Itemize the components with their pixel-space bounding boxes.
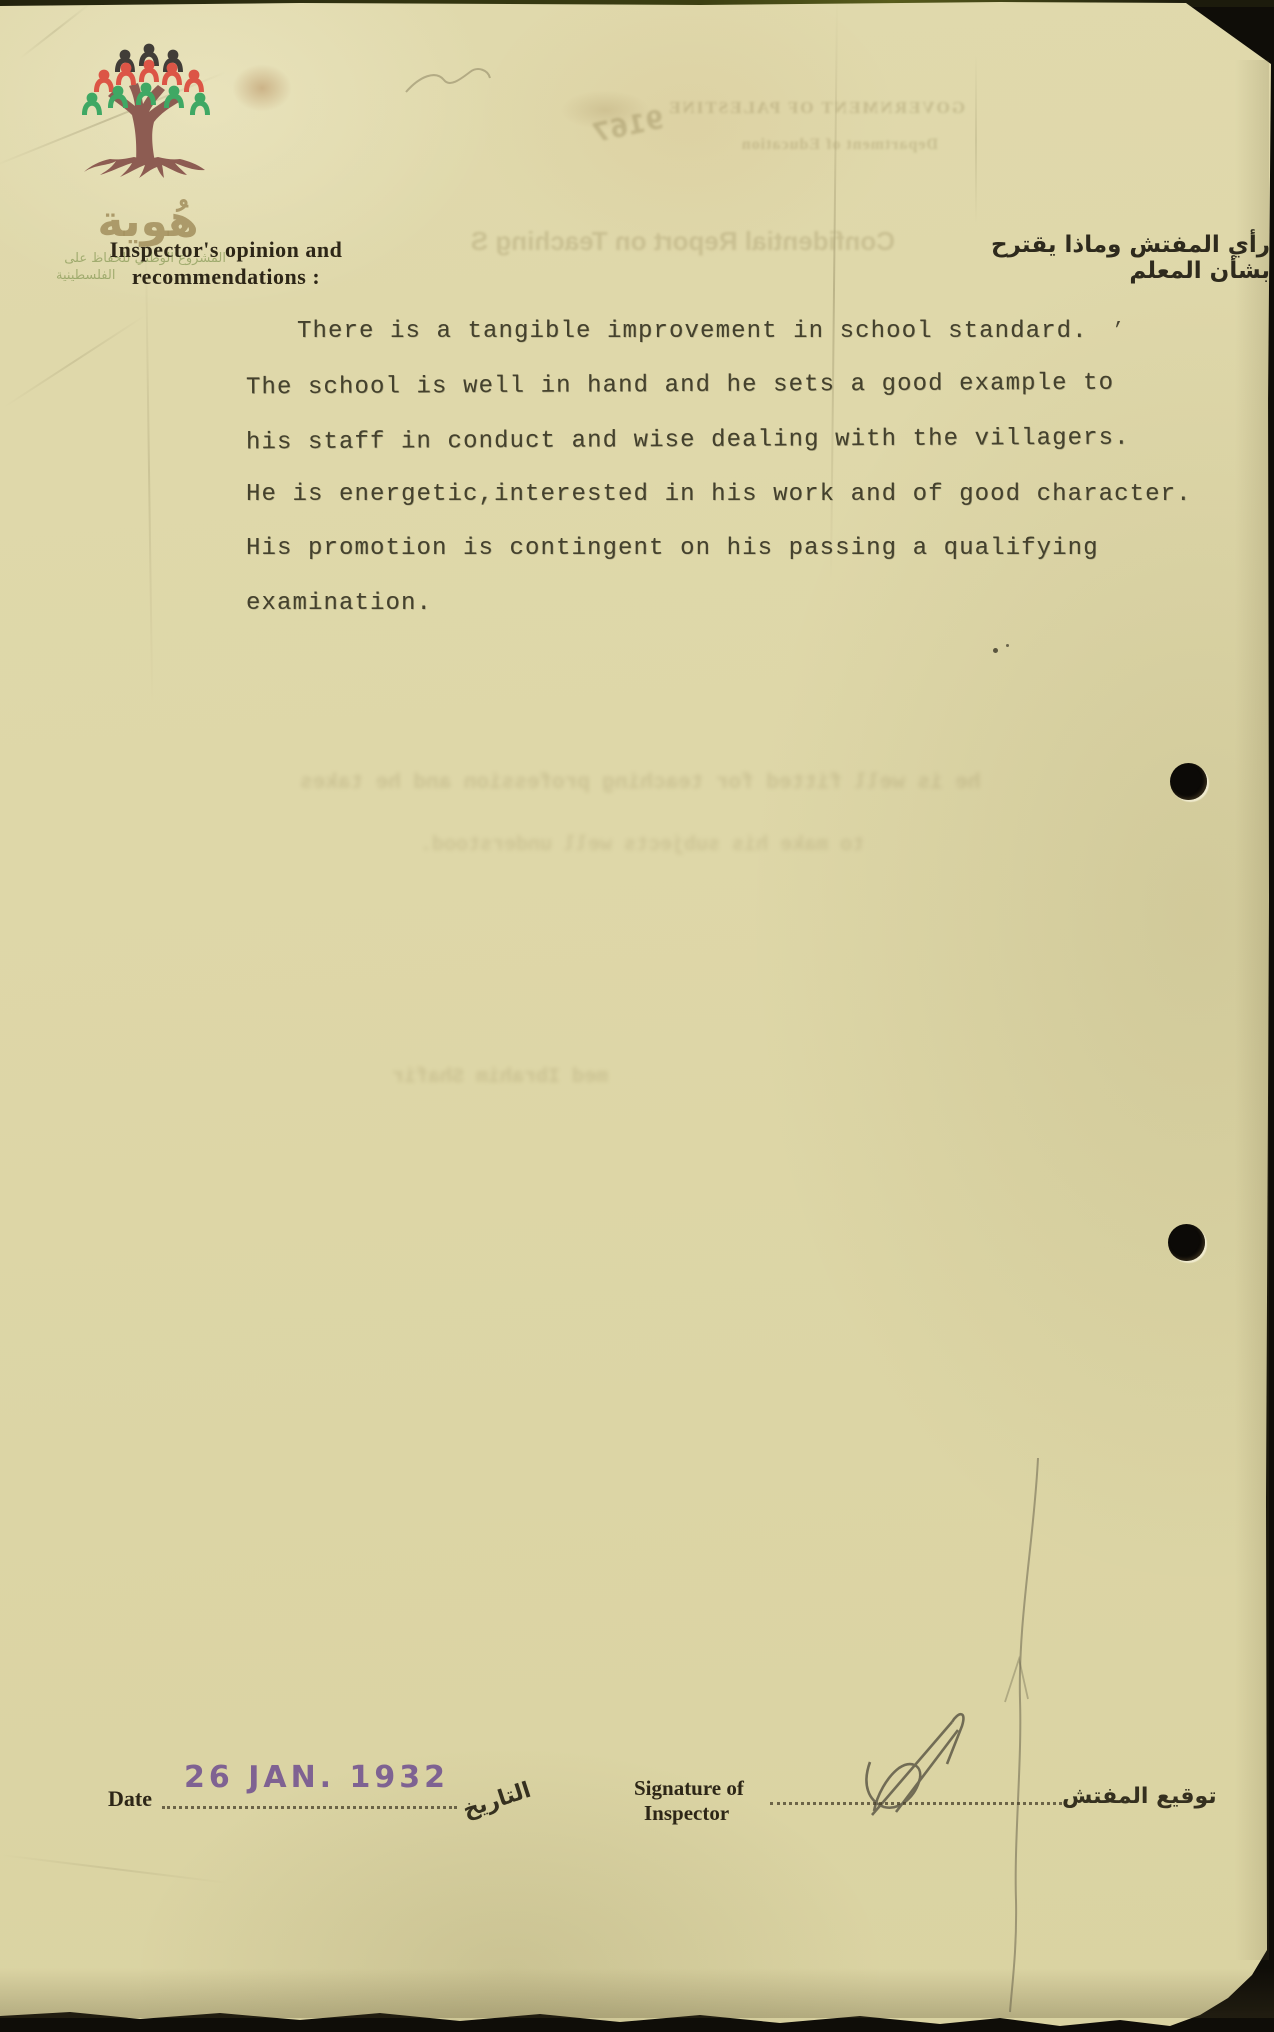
paper-stain xyxy=(232,64,292,112)
ink-speck: ’ xyxy=(1112,320,1124,343)
signature-label-line1: Signature of xyxy=(634,1776,764,1801)
report-line: He is energetic,interested in his work a… xyxy=(246,481,1192,508)
inspectors-opinion-label-line1: Inspector's opinion and xyxy=(96,236,356,263)
signature-label-line2: Inspector xyxy=(634,1801,764,1826)
inspectors-opinion-label-arabic: رأي المفتش وماذا يقترح بشأن المعلم xyxy=(940,232,1270,284)
bleedthrough-body-line2: to make his subjects well understood. xyxy=(420,834,864,857)
paper-sheet xyxy=(0,0,1274,2032)
paper-crease xyxy=(975,55,977,225)
paper-shadow-right xyxy=(1235,60,1269,1960)
scanned-document-page: هُوية المشروع الوطني للحفاظ على الفلسطين… xyxy=(0,0,1274,2032)
bleedthrough-body-line1: he is well fitted for teaching professio… xyxy=(300,772,981,795)
report-line: his staff in conduct and wise dealing wi… xyxy=(246,425,1130,457)
report-line: There is a tangible improvement in schoo… xyxy=(297,318,1088,345)
report-line: His promotion is contingent on his passi… xyxy=(246,535,1099,562)
tree-of-people-icon xyxy=(78,42,220,202)
bleedthrough-department-line: Department of Education xyxy=(758,136,938,154)
report-line: examination. xyxy=(246,590,432,617)
hole-punch-bottom xyxy=(1168,1224,1205,1261)
paper-shadow-bottom xyxy=(0,1968,1274,2018)
signature-label-arabic: توقيع المفتش xyxy=(1062,1784,1217,1809)
signature-of-inspector-label: Signature of Inspector xyxy=(634,1776,764,1826)
hole-punch-top xyxy=(1170,763,1207,800)
inspectors-opinion-label-line2: recommendations : xyxy=(96,263,356,290)
ink-speck xyxy=(993,648,998,653)
signature-dotted-line xyxy=(770,1802,1062,1805)
bleedthrough-government-line: GOVERNMENT OF PALESTINE xyxy=(735,98,965,118)
report-line: The school is well in hand and he sets a… xyxy=(246,370,1114,402)
bleedthrough-title: Confidential Report on Teaching S xyxy=(495,226,895,257)
inspectors-opinion-label: Inspector's opinion and recommendations … xyxy=(96,236,356,290)
huwiyya-tree-logo xyxy=(78,42,220,202)
date-dotted-line xyxy=(162,1806,457,1809)
date-label: Date xyxy=(108,1786,152,1812)
date-stamp: 26 JAN. 1932 xyxy=(184,1760,449,1795)
bleedthrough-name-line: med Ibrahim Shafir xyxy=(392,1066,608,1089)
